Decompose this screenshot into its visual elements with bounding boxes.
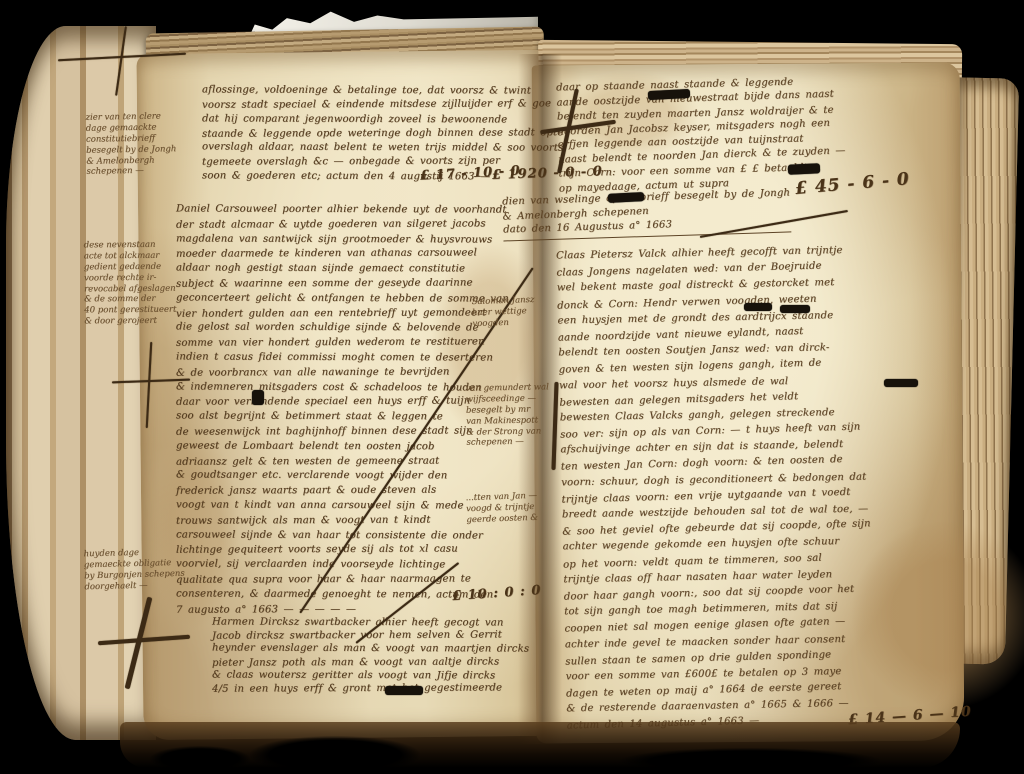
ink-blot bbox=[608, 192, 644, 203]
shadow-blob bbox=[620, 748, 880, 774]
ink-blot bbox=[788, 163, 820, 175]
ink-blot bbox=[780, 305, 810, 313]
ink-blot bbox=[744, 303, 772, 311]
ink-blot bbox=[252, 390, 264, 405]
shadow-blob bbox=[250, 736, 420, 774]
right-margin-note-3: ...tten van Jan —voogd & trijntjegeerde … bbox=[465, 491, 538, 526]
right-entry-2: Claas Pietersz Valck alhier heeft gecoff… bbox=[556, 245, 875, 737]
left-margin-note-3: huyden dagegemaeckte obligatieby Burgonj… bbox=[83, 547, 185, 593]
shadow-blob bbox=[150, 746, 250, 772]
ink-blot bbox=[884, 379, 918, 387]
left-margin-note-1: zier van ten cleredage gemaackteconstitu… bbox=[85, 111, 176, 178]
right-margin-note-2: van gemundert walwijfsceedinge —besegelt… bbox=[465, 382, 549, 449]
right-margin-note-1: Saloman Janszhaer wettigevoogden bbox=[471, 295, 535, 330]
manuscript-photo: zier van ten cleredage gemaackteconstitu… bbox=[0, 0, 1024, 774]
left-entry-2: Daniel Carsouweel poorter alhier bekende… bbox=[176, 205, 509, 619]
left-margin-note-2: dese nevenstaanacte tot alckmaargedient … bbox=[84, 240, 177, 328]
ink-blot bbox=[385, 686, 423, 695]
